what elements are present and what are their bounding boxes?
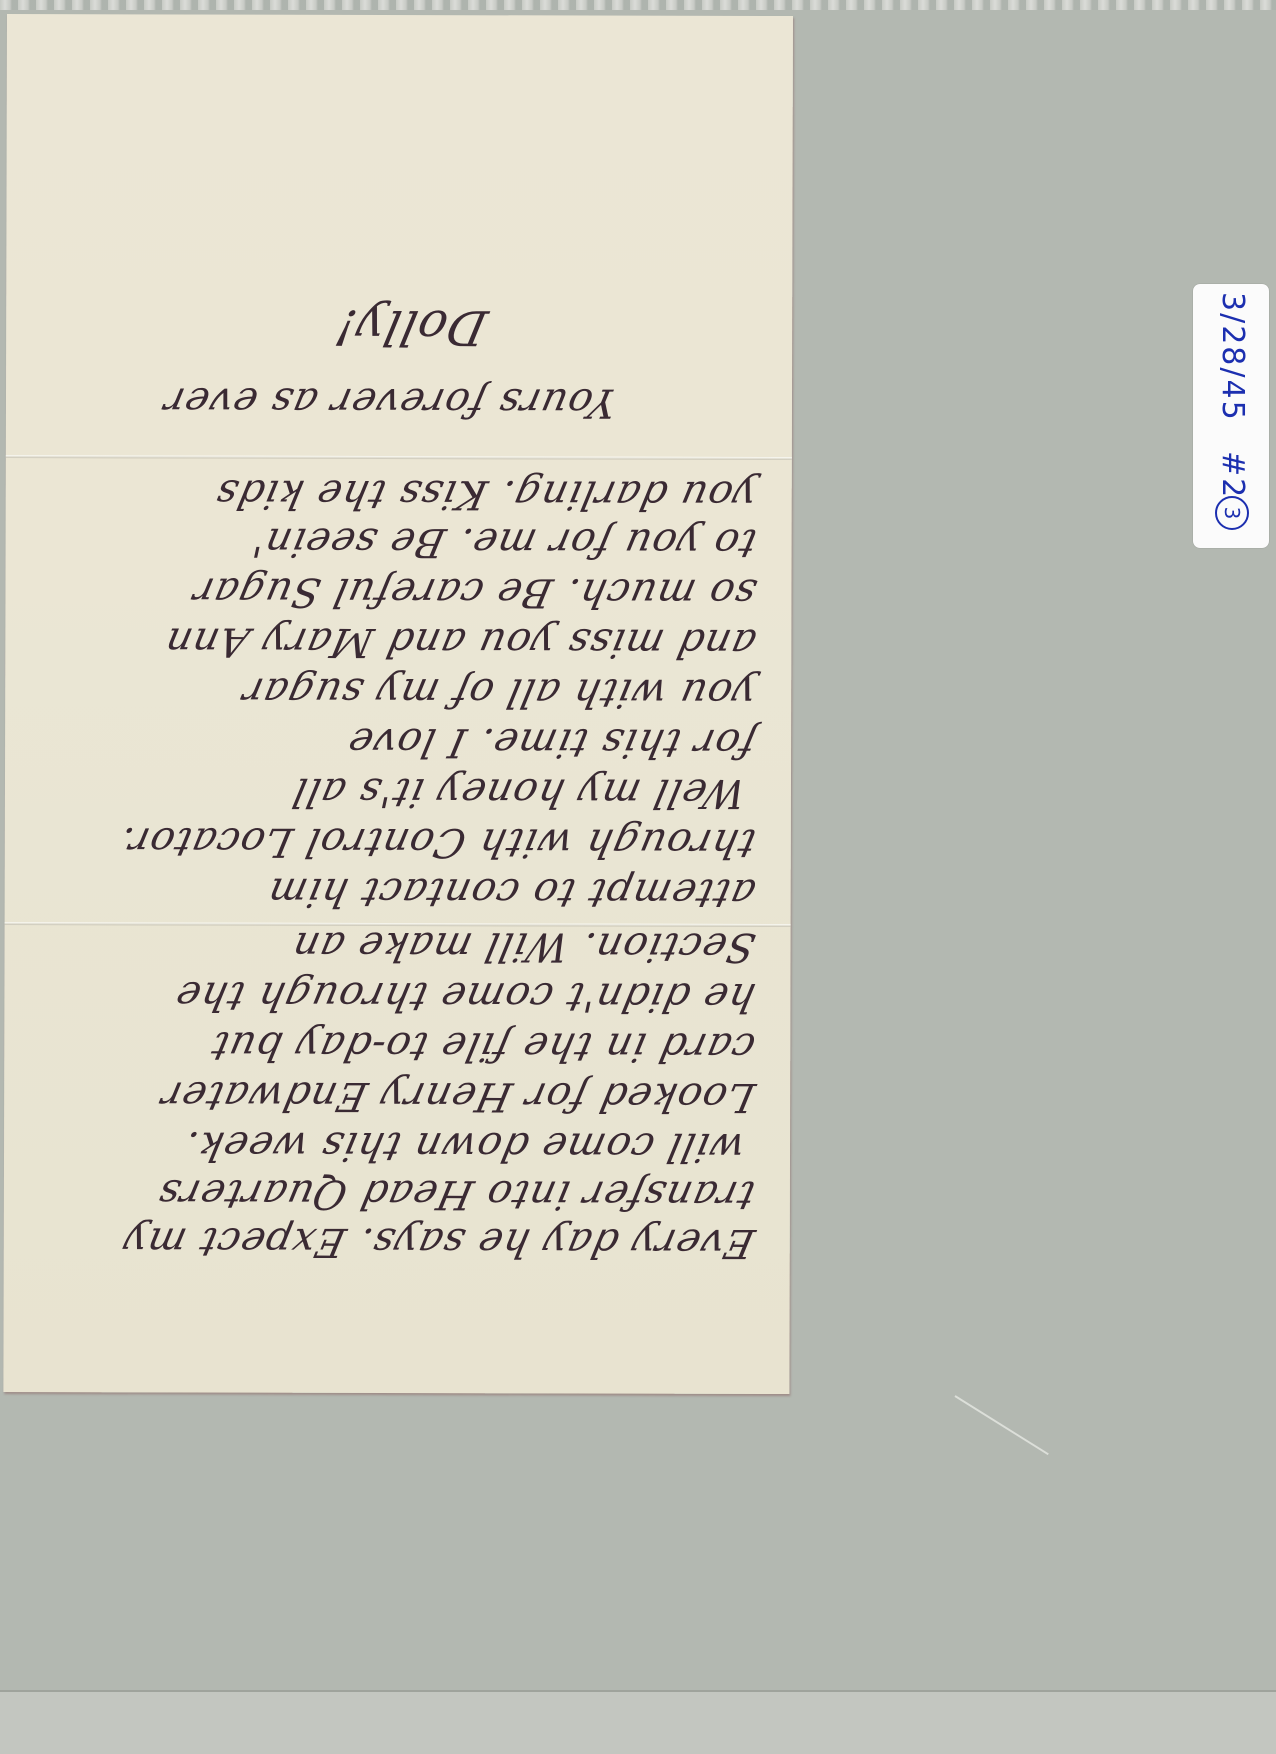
letter-line: Section. Will make an [287, 923, 759, 970]
sleeve-scratch-mark [954, 1395, 1048, 1455]
label-page-circle: 3 [1215, 496, 1249, 530]
letter-line: through with Control Locator. [115, 818, 760, 866]
archive-label-date: 3/28/45 #2 [1215, 292, 1250, 499]
letter-line: you darling. Kiss the kids [211, 471, 761, 518]
label-item-number: #2 [1215, 451, 1250, 499]
letter-line: so much. Be careful Sugar [188, 569, 760, 616]
sleeve-binder-holes [0, 0, 1276, 10]
label-date-text: 3/28/45 [1215, 292, 1250, 422]
letter-line: transfer into Head Quarters [153, 1170, 759, 1218]
letter-signature: Dolly! [330, 299, 493, 355]
letter-line: Looked for Henry Endwater [156, 1072, 759, 1120]
letter-line: card in the file to-day but [207, 1023, 760, 1070]
letter-line: for this time. I love [343, 719, 760, 766]
letter-line: Every day he says. Expect my [118, 1218, 758, 1266]
label-page-number: 3 [1220, 507, 1244, 520]
letter-line: you with all of my sugar [238, 669, 760, 716]
sleeve-bottom-strip [0, 1690, 1276, 1754]
letter-line: will come down this week. [179, 1122, 749, 1169]
archive-label-tag: 3/28/45 #2 3 [1193, 284, 1269, 548]
letter-line: attempt to contact him [263, 869, 760, 916]
letter-line: and miss you and Mary Ann [160, 618, 760, 666]
letter-page: Every day he says. Expect my transfer in… [3, 14, 793, 1394]
handwritten-letter-body: Every day he says. Expect my transfer in… [34, 194, 767, 1266]
letter-line: to you for me. Be seein' [248, 519, 761, 566]
letter-closing: Yours forever as ever [159, 378, 621, 425]
letter-line: Well my honey it's all [288, 769, 750, 816]
letter-line: he didn't come through the [171, 972, 760, 1019]
